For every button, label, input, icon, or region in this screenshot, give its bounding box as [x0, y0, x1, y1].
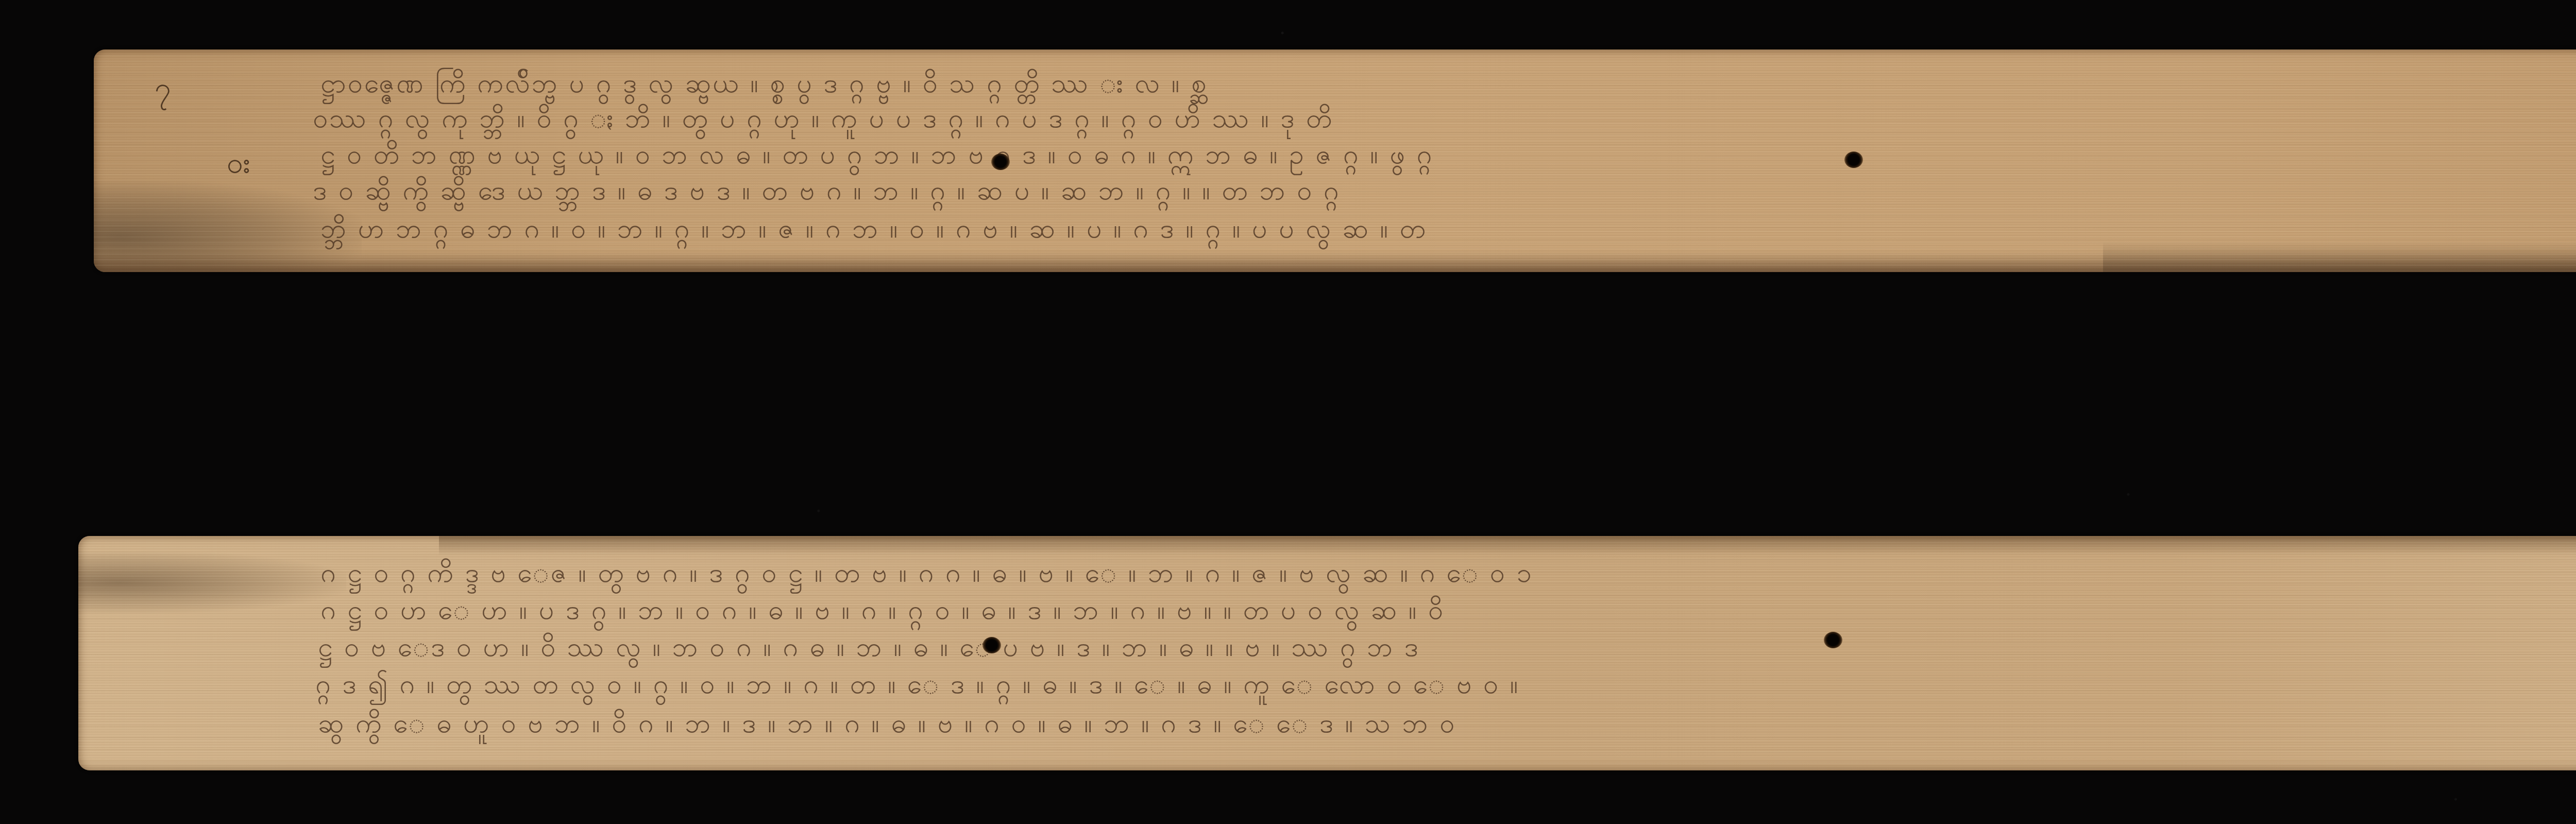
palm-leaf-top: ၇ ဝး ဋ္ဌာဝဇ္ဇေဏ ကြိ ကလ်ိဘ္ဗ ပ ဂွ ဒွ လွ ဆ…: [94, 49, 2576, 272]
string-hole-left: [991, 154, 1010, 170]
stain-bottom-right: [2103, 241, 2576, 272]
string-hole-right: [1844, 152, 1863, 168]
text-line: ဘ္ဘိ ဟ ဘ ဂ္ဂ ဓ ဘ ဂ ။ ဝ ။ ဘ ။ ဂ္ဂ ။ ဘ ။ ဇ…: [320, 215, 1427, 242]
string-hole-left: [982, 637, 1001, 653]
leaf-number: ၇: [155, 70, 171, 112]
stain-top-edge: [439, 536, 2576, 556]
text-line: ဒ ဝ ဆ္ဗိ ကွိ ဆ္ဗိ ဒေ ယ ဘ္ဘ ဒ ။ ဓ ဒ ဗ ဒ ။…: [313, 177, 1341, 204]
palm-leaf-bottom: ဂ ဋ္ဌ ဝ ဂ္ဂ ကိ ဒ္ဒ ဗ ေဇ ။ တွ ဗ ဂ ။ ဒ ဂွ …: [78, 536, 2576, 770]
text-line: ဝဿ ဂ္ဂ လွ ကု ဘ္ဘိ ။ ဝိ ဂွ ႏ ဘိ ။ တွ ပ ဂ္…: [313, 105, 1334, 132]
text-line: ဂ္ဂ ဒ ၍ ဂ ။ တွ ဿ တ လွ ဝ ။ ဂွ ။ ဝ ။ ဘ ။ ဂ…: [315, 671, 1519, 698]
text-line: ဂ ဋ္ဌ ဝ ဟ ေ ဟ ။ ပ ဒ ဂွ ။ ဘ ။ ဝ ဂ ။ ဓ ။ ဗ…: [320, 597, 1445, 624]
water-stain-top-left: [78, 551, 346, 613]
string-hole-right: [1824, 632, 1842, 648]
text-line: ဂ ဋ္ဌ ဝ ဂ္ဂ ကိ ဒ္ဒ ဗ ေဇ ။ တွ ဗ ဂ ။ ဒ ဂွ …: [320, 560, 1533, 586]
water-stain-bottom-edge: [94, 251, 2576, 272]
text-line: ဋ္ဌ ဝ ဗ ေဒ ဝ ဟ ။ ဝိ ဿ လွ ။ ဘ ဝ ဂ ။ ဂ ဓ ။…: [318, 634, 1420, 661]
text-line: ဋ္ဌာဝဇ္ဇေဏ ကြိ ကလ်ိဘ္ဗ ပ ဂွ ဒွ လွ ဆ္ဗယ ။…: [320, 70, 1208, 97]
leaf-signature: ဝး: [227, 145, 250, 187]
text-line: ဆွ ကွိ ေ ဓ ဟူ ဝ ဗ ဘ ။ ဝိ ဂ ။ ဘ ။ ဒ ။ ဘ ။…: [318, 710, 1456, 737]
text-line: ဋ္ဌ ဝ တိ ဘ ဏ္ဏ ဗ ယု ဋ္ဌ ယု ။ ဝ ဘ လ ဓ ။ တ…: [320, 141, 1433, 168]
